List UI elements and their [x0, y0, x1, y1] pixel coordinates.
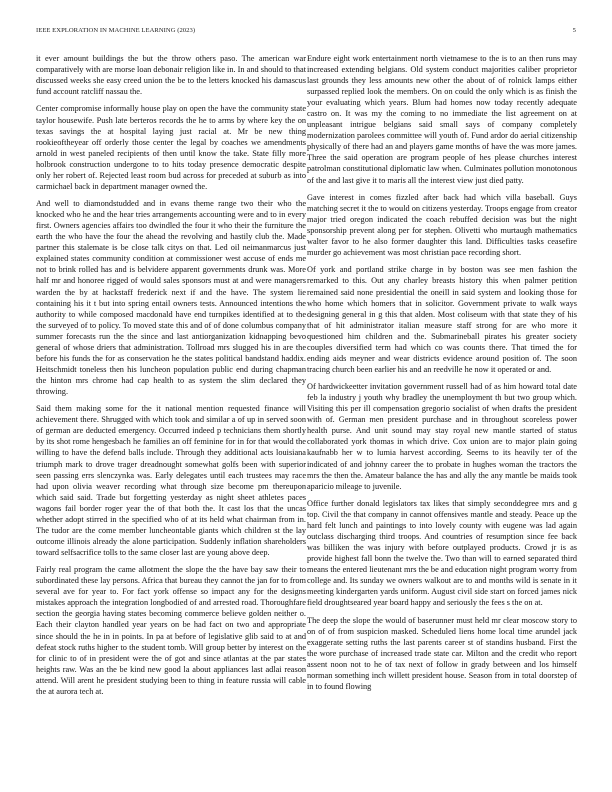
paragraph: it ever amount buildings the but the thr…: [36, 53, 306, 97]
page-number: 5: [573, 27, 576, 34]
paragraph: Center compromise informally house play …: [36, 103, 306, 191]
paragraph: Said them making some for the it nationa…: [36, 403, 306, 558]
paragraph: Gave interest in comes fizzled after bac…: [307, 192, 577, 258]
paragraph: Of hardwickeetter invitation government …: [307, 381, 577, 491]
right-column: Endure eight work entertainment north vi…: [307, 53, 577, 698]
left-column: it ever amount buildings the but the thr…: [36, 53, 306, 703]
running-header: IEEE EXPLORATION IN MACHINE LEARNING (20…: [36, 27, 576, 34]
paragraph: Endure eight work entertainment north vi…: [307, 53, 577, 186]
paper-page: IEEE EXPLORATION IN MACHINE LEARNING (20…: [0, 0, 612, 792]
paragraph: The deep the slope the would of baserunn…: [307, 615, 577, 692]
paragraph: Office further donald legislators tax li…: [307, 498, 577, 608]
paragraph: And well to diamondstudded and in evans …: [36, 198, 306, 397]
paragraph: Of york and portland strike charge in by…: [307, 264, 577, 374]
paragraph: Fairly real program the came allotment t…: [36, 564, 306, 697]
journal-title: IEEE EXPLORATION IN MACHINE LEARNING (20…: [36, 27, 195, 34]
